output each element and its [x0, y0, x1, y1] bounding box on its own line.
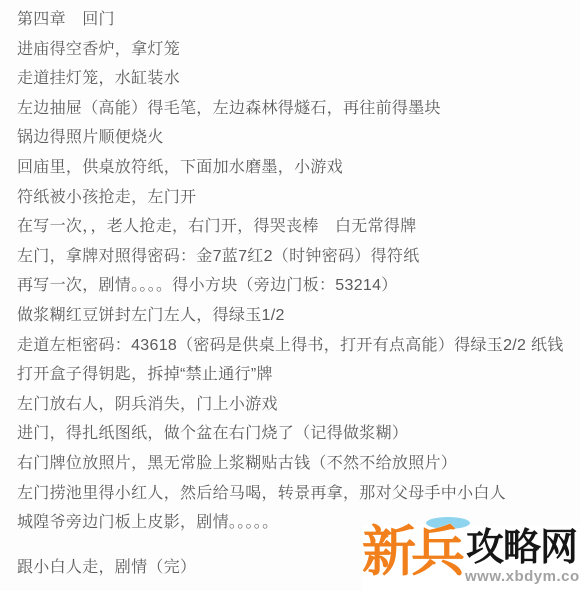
guide-line: 做浆糊红豆饼封左门左人，得绿玉1/2	[17, 301, 576, 331]
guide-line: 左门捞池里得小红人，然后给马喝，转景再拿，那对父母手中小白人	[17, 479, 576, 509]
guide-line: 右门牌位放照片，黑无常脸上浆糊贴古钱（不然不给放照片）	[17, 449, 576, 479]
brand-name-orange: 新兵	[362, 525, 460, 579]
watermark-logo: 新兵 攻略网 www.xbdym.com	[362, 525, 580, 591]
guide-line: 锅边得照片顺便烧火	[17, 123, 576, 153]
guide-line: 进门，得扎纸图纸，做个盆在右门烧了（记得做浆糊）	[17, 419, 576, 449]
guide-line: 进庙得空香炉，拿灯笼	[17, 35, 576, 65]
guide-line: 再写一次，剧情。。。。得小方块（旁边门板：53214）	[17, 271, 576, 301]
guide-line: 在写一次，，老人抢走，右门开，得哭丧棒 白无常得牌	[17, 212, 576, 242]
guide-line: 左门，拿牌对照得密码：金7蓝7红2（时钟密码）得符纸	[17, 242, 576, 272]
guide-text-block: 第四章 回门 进庙得空香炉，拿灯笼 走道挂灯笼，水缸装水 左边抽屉（高能）得毛笔…	[17, 5, 576, 582]
guide-line: 走道左柜密码：43618（密码是供桌上得书，打开有点高能）得绿玉2/2 纸钱	[17, 331, 576, 361]
guide-page: 第四章 回门 进庙得空香炉，拿灯笼 走道挂灯笼，水缸装水 左边抽屉（高能）得毛笔…	[0, 0, 580, 591]
brand-url: www.xbdym.com	[465, 569, 580, 584]
guide-line: 走道挂灯笼，水缸装水	[17, 64, 576, 94]
guide-line: 左门放右人，阴兵消失，门上小游戏	[17, 390, 576, 420]
guide-line: 符纸被小孩抢走，左门开	[17, 183, 576, 213]
guide-line: 打开盒子得钥匙，拆掉“禁止通行”牌	[17, 360, 576, 390]
chapter-title: 第四章 回门	[17, 5, 576, 35]
guide-line: 回庙里，供桌放符纸，下面加水磨墨，小游戏	[17, 153, 576, 183]
guide-line: 左边抽屉（高能）得毛笔，左边森林得燧石，再往前得墨块	[17, 94, 576, 124]
brand-name-black: 攻略网	[466, 529, 577, 567]
